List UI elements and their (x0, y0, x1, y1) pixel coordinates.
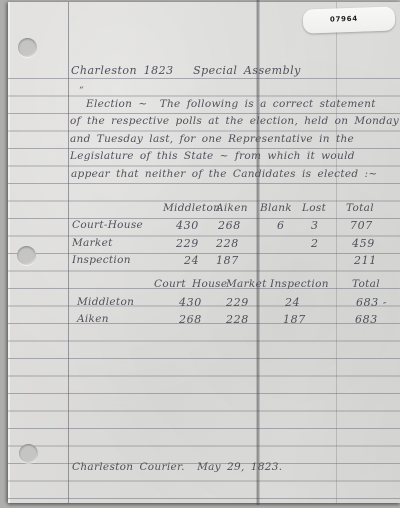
table1-inspection-aiken: 187 (216, 254, 239, 267)
table2-middleton-market: 229 (226, 296, 249, 309)
catalog-number: 07964 (330, 15, 358, 24)
closing-quote-mark: ″ (383, 301, 387, 314)
table1-court-house-aiken: 268 (218, 219, 241, 232)
table2-header-court-house: Court House (154, 278, 227, 291)
table1-court-house-total: 707 (350, 219, 373, 232)
table2-middleton-inspection: 24 (285, 296, 300, 309)
scanned-notebook-page: 07964 Charleston 1823 Special Assembly “… (0, 0, 400, 508)
table1-market-middleton: 229 (176, 237, 199, 250)
opening-quote-mark: “ (79, 85, 84, 98)
table1-header-total: Total (346, 202, 374, 215)
table2-middleton-court-house: 430 (179, 296, 202, 309)
paragraph-line-4: Legislature of this State ~ from which i… (70, 150, 355, 163)
table2-header-inspection: Inspection (270, 278, 329, 291)
table1-header-lost: Lost (302, 202, 326, 215)
page-title: Charleston 1823 Special Assembly (71, 64, 301, 77)
table2-aiken-inspection: 187 (283, 313, 306, 326)
table1-row-label-inspection: Inspection (72, 254, 131, 267)
paragraph-line-3: and Tuesday last, for one Representative… (70, 133, 354, 146)
paragraph-line-5: appear that neither of the Candidates is… (71, 168, 377, 181)
table1-row-label-market: Market (72, 237, 113, 250)
table2-row-label-aiken: Aiken (77, 313, 109, 326)
table1-inspection-total: 211 (354, 254, 377, 267)
table1-court-house-blank: 6 (277, 219, 285, 232)
table2-header-total: Total (352, 278, 380, 291)
table1-header-blank: Blank (260, 202, 292, 215)
source-citation: Charleston Courier. May 29, 1823. (72, 461, 282, 474)
table2-row-label-middleton: Middleton (77, 296, 134, 309)
paragraph-line-2: of the respective polls at the election,… (70, 115, 399, 128)
punch-hole-middle (17, 246, 36, 265)
table1-market-aiken: 228 (216, 237, 239, 250)
table1-header-aiken: Aiken (216, 202, 248, 215)
table2-header-market: Market (226, 278, 267, 291)
table2-aiken-total: 683 (355, 313, 378, 326)
punch-hole-bottom (19, 444, 38, 463)
table1-court-house-lost: 3 (311, 219, 319, 232)
table1-row-label-court-house: Court-House (72, 219, 143, 232)
page-crease-faint (336, 2, 337, 503)
table2-aiken-court-house: 268 (179, 313, 202, 326)
table1-header-middleton: Middleton (163, 202, 220, 215)
table2-aiken-market: 228 (226, 313, 249, 326)
catalog-sticker: 07964 (303, 6, 396, 33)
table2-middleton-total: 683 (356, 296, 379, 309)
punch-hole-top (18, 38, 37, 57)
table1-inspection-middleton: 24 (184, 254, 199, 267)
paragraph-line-1: Election ~ The following is a correct st… (86, 98, 376, 111)
margin-line (68, 2, 69, 503)
table1-market-total: 459 (352, 237, 375, 250)
table1-court-house-middleton: 430 (176, 219, 199, 232)
table1-market-lost: 2 (311, 237, 319, 250)
